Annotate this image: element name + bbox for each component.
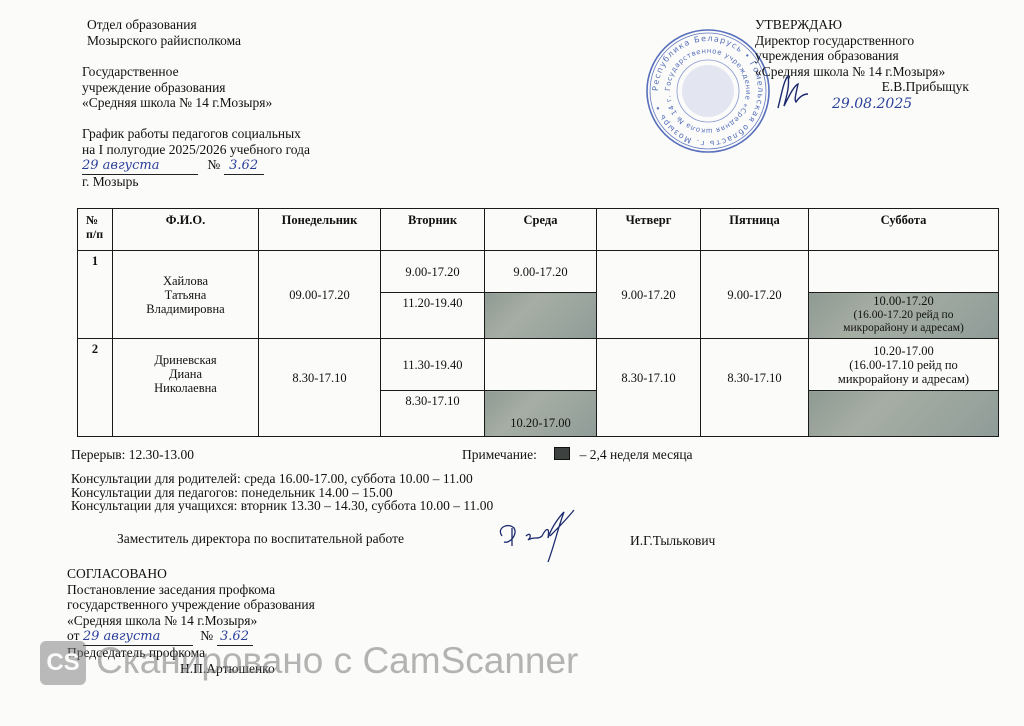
row-num: 1 <box>78 251 113 339</box>
cell-tuesday-a: 11.30-19.40 <box>381 339 485 391</box>
official-stamp-icon: Республика Беларусь • Гомельская область… <box>644 27 772 155</box>
director-signature-icon <box>770 72 810 112</box>
agreed-heading: СОГЛАСОВАНО <box>67 566 315 582</box>
cell-friday: 8.30-17.10 <box>701 339 809 437</box>
org-block: Государственное учреждение образования «… <box>82 64 272 111</box>
camscanner-watermark: CSСканировано с CamScanner <box>40 640 578 685</box>
row-num: 2 <box>78 339 113 437</box>
cell-wednesday-a: 9.00-17.20 <box>485 251 597 293</box>
camscanner-logo-icon: CS <box>40 641 86 685</box>
approve-line2: учреждения образования <box>755 48 969 64</box>
doc-number-handwritten: 3.62 <box>224 158 264 175</box>
consult-parents: Консультации для родителей: среда 16.00-… <box>71 472 493 486</box>
cell-wednesday-b <box>485 293 597 339</box>
col-header-name: Ф.И.О. <box>113 209 259 251</box>
watermark-text: Сканировано с CamScanner <box>96 640 578 681</box>
cell-wednesday-a <box>485 339 597 391</box>
col-header-monday: Понедельник <box>259 209 381 251</box>
approve-date-handwritten: 29.08.2025 <box>832 96 912 112</box>
city: г. Мозырь <box>82 174 310 190</box>
approve-heading: УТВЕРЖДАЮ <box>755 17 969 33</box>
col-header-thursday: Четверг <box>597 209 701 251</box>
cell-monday: 8.30-17.10 <box>259 339 381 437</box>
schedule-table: № п/п Ф.И.О. Понедельник Вторник Среда Ч… <box>77 208 999 437</box>
deputy-title: Заместитель директора по воспитательной … <box>117 531 404 547</box>
cell-thursday: 8.30-17.10 <box>597 339 701 437</box>
doc-title-line1: График работы педагогов социальных <box>82 126 310 142</box>
approve-line1: Директор государственного <box>755 33 969 49</box>
consultations-block: Консультации для родителей: среда 16.00-… <box>71 472 493 513</box>
deputy-name: И.Г.Тылькович <box>630 533 715 549</box>
dept-line2: Мозырского райисполкома <box>87 33 241 49</box>
doc-date-handwritten: 29 августа <box>82 158 198 175</box>
cell-tuesday-b: 11.20-19.40 <box>381 293 485 339</box>
cell-wednesday-b: 10.20-17.00 <box>485 391 597 437</box>
consult-students: Консультации для учащихся: вторник 13.30… <box>71 499 493 513</box>
deputy-signature-icon <box>488 506 588 566</box>
table-header-row: № п/п Ф.И.О. Понедельник Вторник Среда Ч… <box>78 209 999 251</box>
col-header-saturday: Суббота <box>809 209 999 251</box>
row-name: Дриневская Диана Николаевна <box>113 339 259 437</box>
col-header-num: № п/п <box>78 209 113 251</box>
table-row: 2 Дриневская Диана Николаевна 8.30-17.10… <box>78 339 999 391</box>
cell-friday: 9.00-17.20 <box>701 251 809 339</box>
doc-title-line2: на I полугодие 2025/2026 учебного года <box>82 142 310 158</box>
cell-tuesday-b: 8.30-17.10 <box>381 391 485 437</box>
dept-line1: Отдел образования <box>87 17 241 33</box>
cell-saturday-a: 10.20-17.00 (16.00-17.10 рейд по микрора… <box>809 339 999 391</box>
cell-monday: 09.00-17.20 <box>259 251 381 339</box>
doc-number-label: № <box>207 157 220 172</box>
cell-saturday-b <box>809 391 999 437</box>
consult-teachers: Консультации для педагогов: понедельник … <box>71 486 493 500</box>
table-row: 1 Хайлова Татьяна Владимировна 09.00-17.… <box>78 251 999 293</box>
org-line1: Государственное <box>82 64 272 80</box>
shade-legend-swatch-icon <box>554 447 570 460</box>
cell-saturday-b: 10.00-17.20 (16.00-17.20 рейд по микрора… <box>809 293 999 339</box>
row-name: Хайлова Татьяна Владимировна <box>113 251 259 339</box>
cell-saturday-a <box>809 251 999 293</box>
note-legend: Примечание: – 2,4 неделя месяца <box>462 447 693 463</box>
org-line3: «Средняя школа № 14 г.Мозыря» <box>82 95 272 111</box>
col-header-tuesday: Вторник <box>381 209 485 251</box>
agreed-line1: Постановление заседания профкома <box>67 582 315 598</box>
header-left: Отдел образования Мозырского райисполком… <box>87 17 241 65</box>
col-header-wednesday: Среда <box>485 209 597 251</box>
break-text: Перерыв: 12.30-13.00 <box>71 447 194 463</box>
cell-tuesday-a: 9.00-17.20 <box>381 251 485 293</box>
note-text: – 2,4 неделя месяца <box>580 447 693 462</box>
agreed-line2: государственного учреждение образования <box>67 597 315 613</box>
doc-title-block: График работы педагогов социальных на I … <box>82 126 310 190</box>
col-header-friday: Пятница <box>701 209 809 251</box>
agreed-line3: «Средняя школа № 14 г.Мозыря» <box>67 613 315 629</box>
org-line2: учреждение образования <box>82 80 272 96</box>
cell-thursday: 9.00-17.20 <box>597 251 701 339</box>
note-label: Примечание: <box>462 447 537 462</box>
